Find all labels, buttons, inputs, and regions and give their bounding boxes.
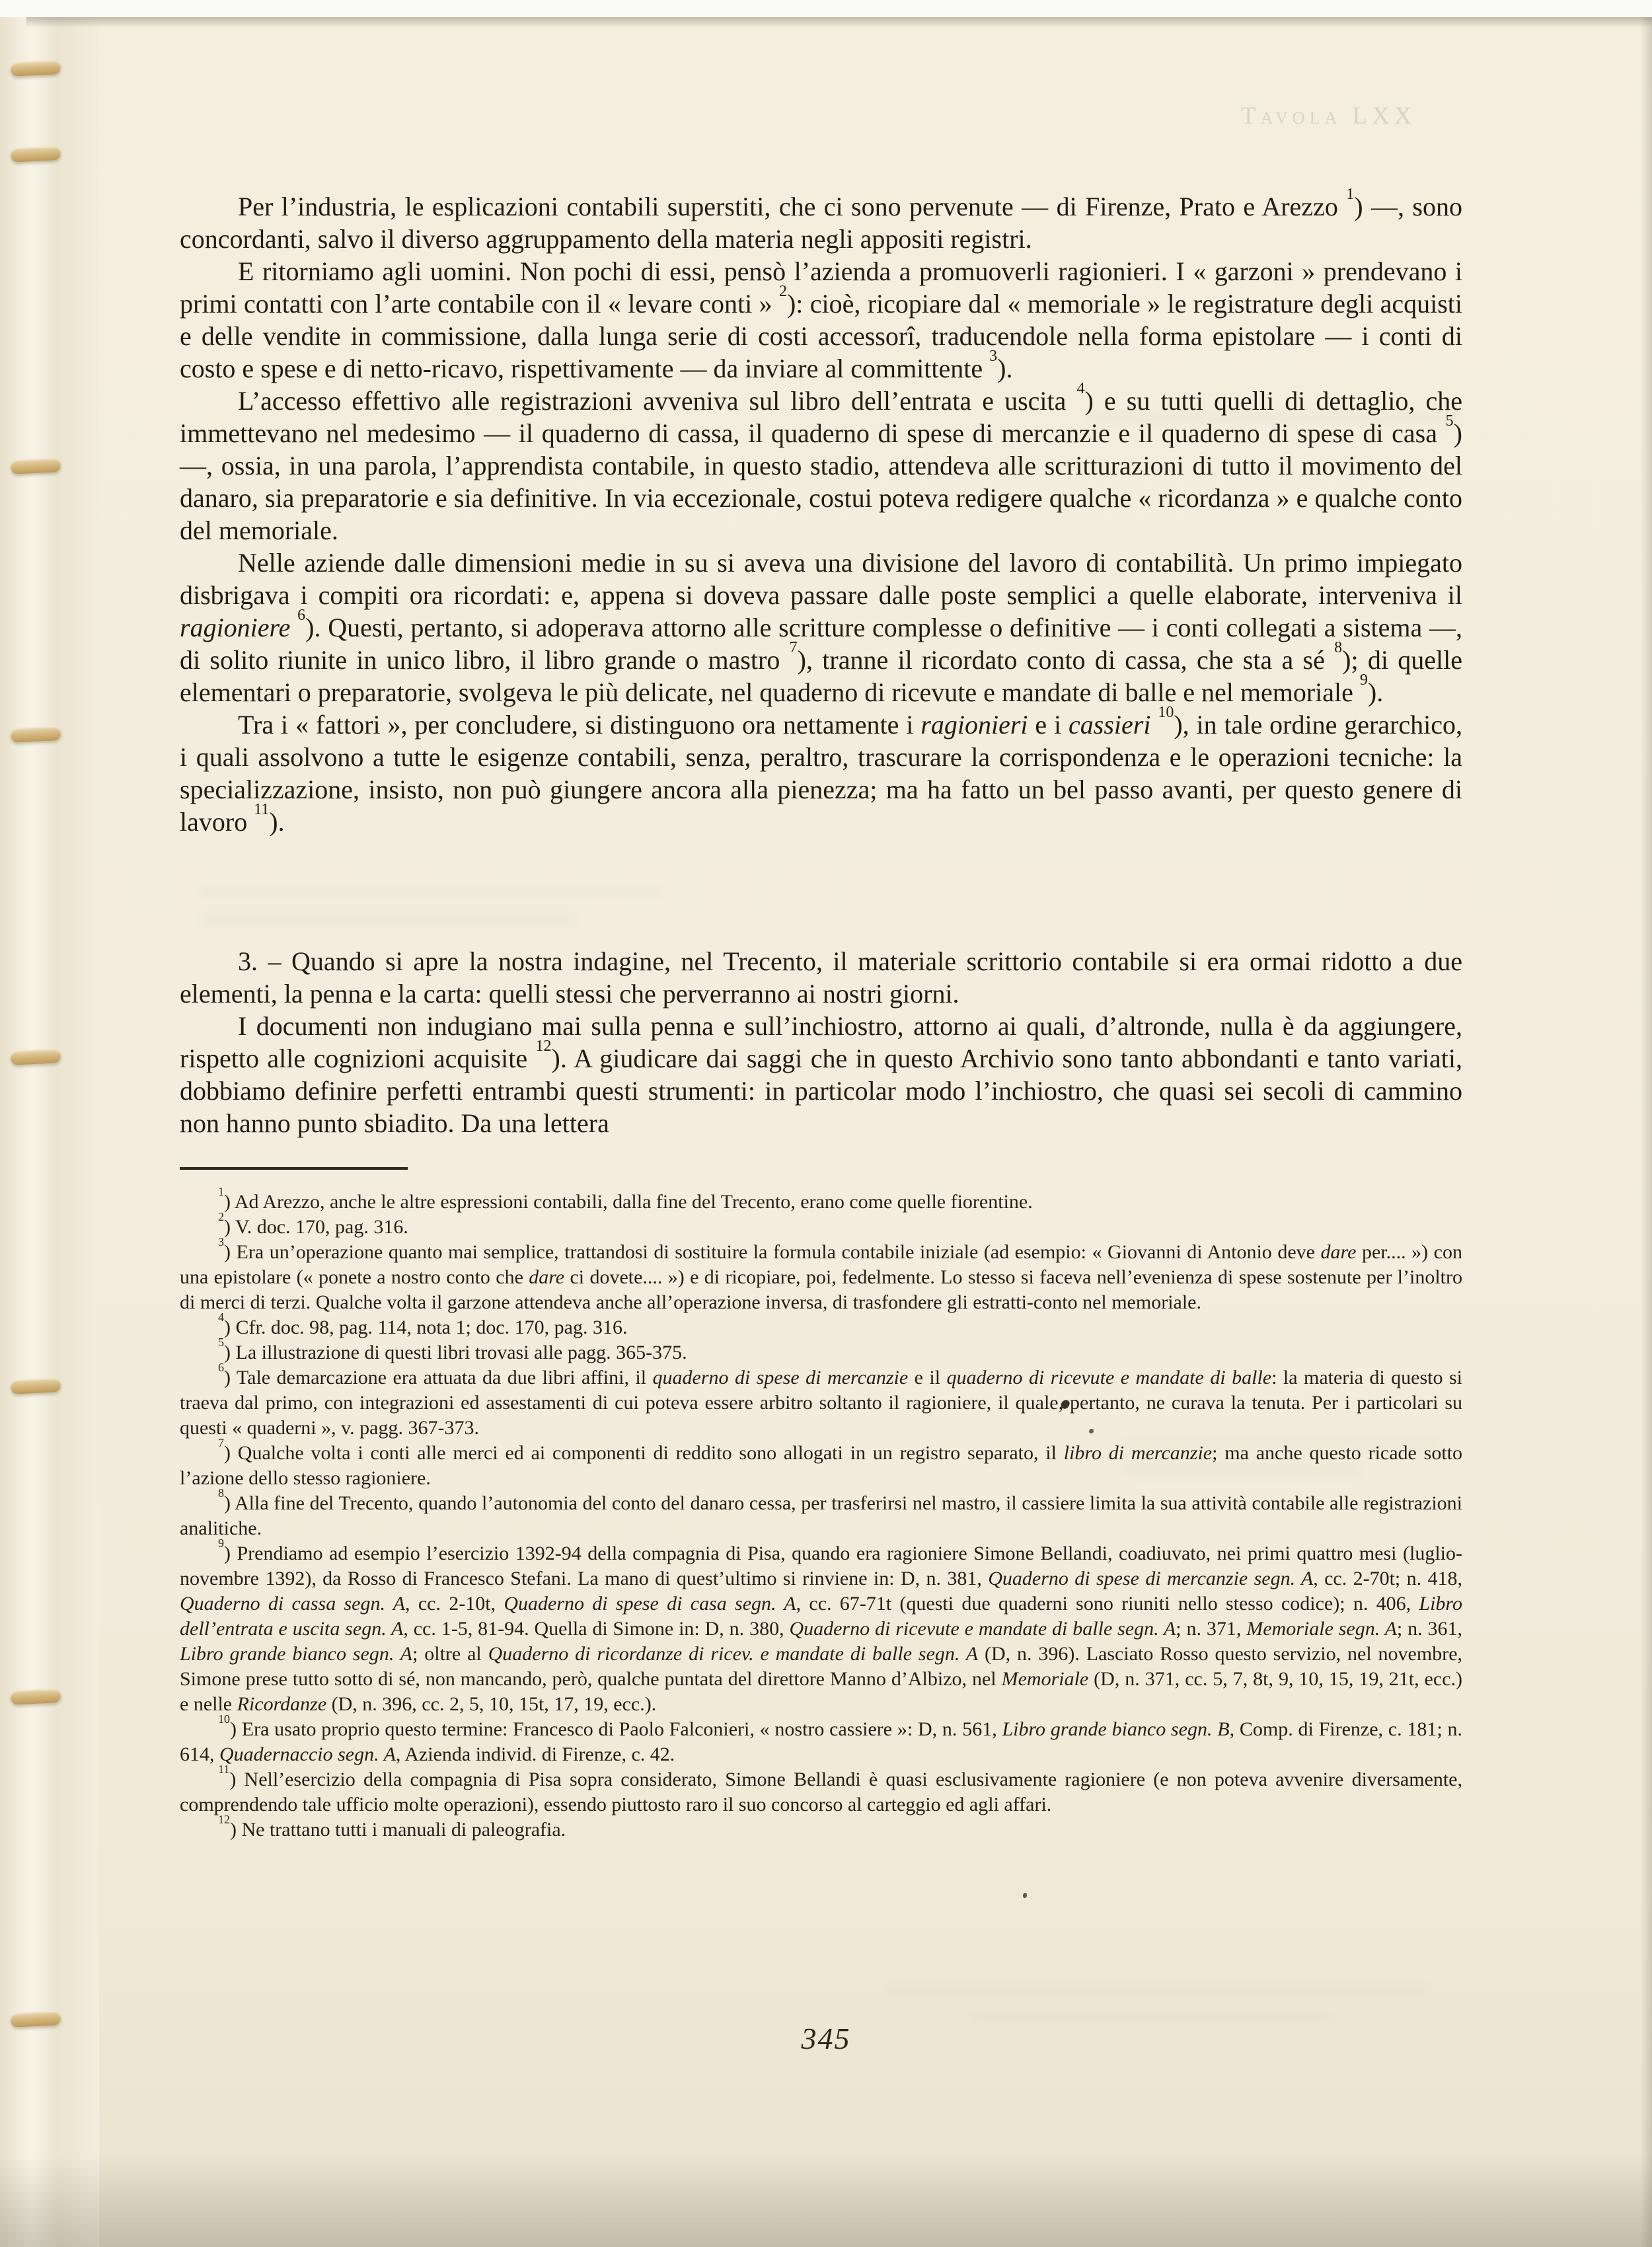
page-right-edge-shadow xyxy=(1640,17,1652,2247)
footnotes-block: 1) Ad Arezzo, anche le altre espressioni… xyxy=(180,1190,1462,1843)
binding-stitch-thread xyxy=(10,59,61,77)
paragraph: Tra i « fattori », per concludere, si di… xyxy=(180,708,1462,838)
footnote-separator-rule xyxy=(180,1167,408,1170)
binding-stitch-thread xyxy=(10,1377,61,1394)
footnote-item: 7) Qualche volta i conti alle merci ed a… xyxy=(180,1441,1462,1491)
footnote-item: 5) La illustrazione di questi libri trov… xyxy=(180,1340,1462,1365)
binding-stitch-thread xyxy=(10,726,61,743)
show-through-smudge xyxy=(198,888,661,942)
paragraph: I documenti non indugiano mai sulla penn… xyxy=(180,1010,1462,1139)
page-top-edge-shadow xyxy=(26,17,1652,28)
footnote-item: 8) Alla fine del Trecento, quando l’auto… xyxy=(180,1491,1462,1541)
binding-stitch-thread xyxy=(10,1688,61,1705)
page-number: 345 xyxy=(0,2021,1652,2056)
section-opening-paragraph: 3. – Quando si apre la nostra indagine, … xyxy=(180,945,1462,1010)
footnote-item: 3) Era un’operazione quanto mai semplice… xyxy=(180,1240,1462,1315)
footnote-item: 9) Prendiamo ad esempio l’esercizio 1392… xyxy=(180,1541,1462,1717)
ghost-show-through-header: Tavola LXX xyxy=(1241,102,1417,130)
binding-fold xyxy=(0,17,99,2247)
section-3-text: 3. – Quando si apre la nostra indagine, … xyxy=(180,945,1462,1139)
footnote-item: 6) Tale demarcazione era attuata da due … xyxy=(180,1365,1462,1441)
paragraph: L’accesso effettivo alle registrazioni a… xyxy=(180,385,1462,547)
footnote-item: 1) Ad Arezzo, anche le altre espressioni… xyxy=(180,1190,1462,1215)
body-text: Per l’industria, le esplicazioni contabi… xyxy=(180,190,1462,838)
page-sheet: Tavola LXX Per l’industria, le esplicazi… xyxy=(0,17,1652,2247)
binding-stitch-thread xyxy=(10,457,61,475)
footnote-item: 10) Era usato proprio questo termine: Fr… xyxy=(180,1717,1462,1767)
binding-stitch-thread xyxy=(10,1048,61,1065)
ink-speck xyxy=(1023,1893,1027,1898)
footnote-item: 4) Cfr. doc. 98, pag. 114, nota 1; doc. … xyxy=(180,1315,1462,1340)
paragraph: E ritorniamo agli uomini. Non pochi di e… xyxy=(180,255,1462,385)
paragraph: Nelle aziende dalle dimensioni medie in … xyxy=(180,547,1462,708)
page-bottom-shadow xyxy=(0,2154,1652,2247)
paragraph: Per l’industria, le esplicazioni contabi… xyxy=(180,190,1462,255)
binding-stitch-thread xyxy=(10,145,61,163)
footnote-item: 11) Nell’esercizio della compagnia di Pi… xyxy=(180,1767,1462,1817)
footnote-item: 12) Ne trattano tutti i manuali di paleo… xyxy=(180,1817,1462,1843)
footnote-item: 2) V. doc. 170, pag. 316. xyxy=(180,1215,1462,1240)
